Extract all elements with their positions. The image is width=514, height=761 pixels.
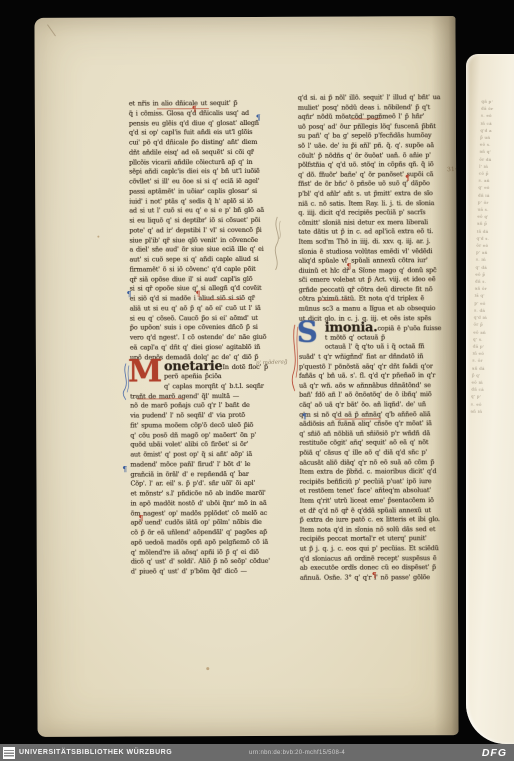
rubric-underline: [203, 299, 243, 300]
paraph-mark: ¶: [347, 263, 352, 271]
rubric-underline: [157, 108, 209, 109]
rubrication-layer: 31· p' mõderag̃ ¶¶¶¶¶¶¶¶¶¶: [34, 16, 458, 737]
next-page-text-line: añ iñ: [470, 407, 508, 416]
footer-bar: UNIVERSITÄTSBIBLIOTHEK WÜRZBURG urn:nbn:…: [0, 744, 514, 761]
rubric-underline: [137, 398, 183, 399]
paraph-mark: ¶: [122, 466, 127, 474]
library-name: UNIVERSITÄTSBIBLIOTHEK WÜRZBURG: [19, 749, 172, 756]
dfg-logo: DFG: [482, 747, 507, 759]
intercolumn-doodle: [269, 215, 287, 273]
next-page-text: qñ p'dã õrs. eõiñ cãq'd ap̃ uñeõ s.añ q'…: [466, 97, 514, 415]
paraph-mark: ¶: [196, 290, 201, 298]
rubric-underline: [335, 418, 381, 419]
library-logo-icon: [4, 748, 14, 758]
paraph-mark: ¶: [372, 571, 377, 579]
folio-number-note: 31·: [447, 166, 457, 173]
parchment-stain: [97, 236, 99, 238]
parchment-stain: [382, 485, 384, 487]
paraph-mark: ¶: [302, 413, 307, 421]
paraph-mark: ¶: [127, 291, 132, 299]
digitized-manuscript-viewer: et nr̃is in alio dñicale ut sequit' p̃q̃…: [0, 0, 514, 761]
next-page-edge: qñ p'dã õrs. eõiñ cãq'd ap̃ uñeõ s.añ q'…: [466, 54, 514, 744]
rubric-underline: [318, 300, 352, 301]
paraph-mark: ¶: [405, 174, 410, 182]
document-urn: urn:nbn:de:bvb:20-mchf15/508-4: [249, 750, 345, 756]
paraph-mark: ¶: [139, 514, 144, 522]
rubric-underline: [351, 118, 381, 119]
parchment-stain: [206, 667, 209, 670]
manuscript-page: et nr̃is in alio dñicale ut sequit' p̃q̃…: [34, 16, 458, 737]
paraph-mark: ¶: [256, 114, 261, 122]
heading-margin-note: p' mõderag̃: [256, 359, 288, 366]
